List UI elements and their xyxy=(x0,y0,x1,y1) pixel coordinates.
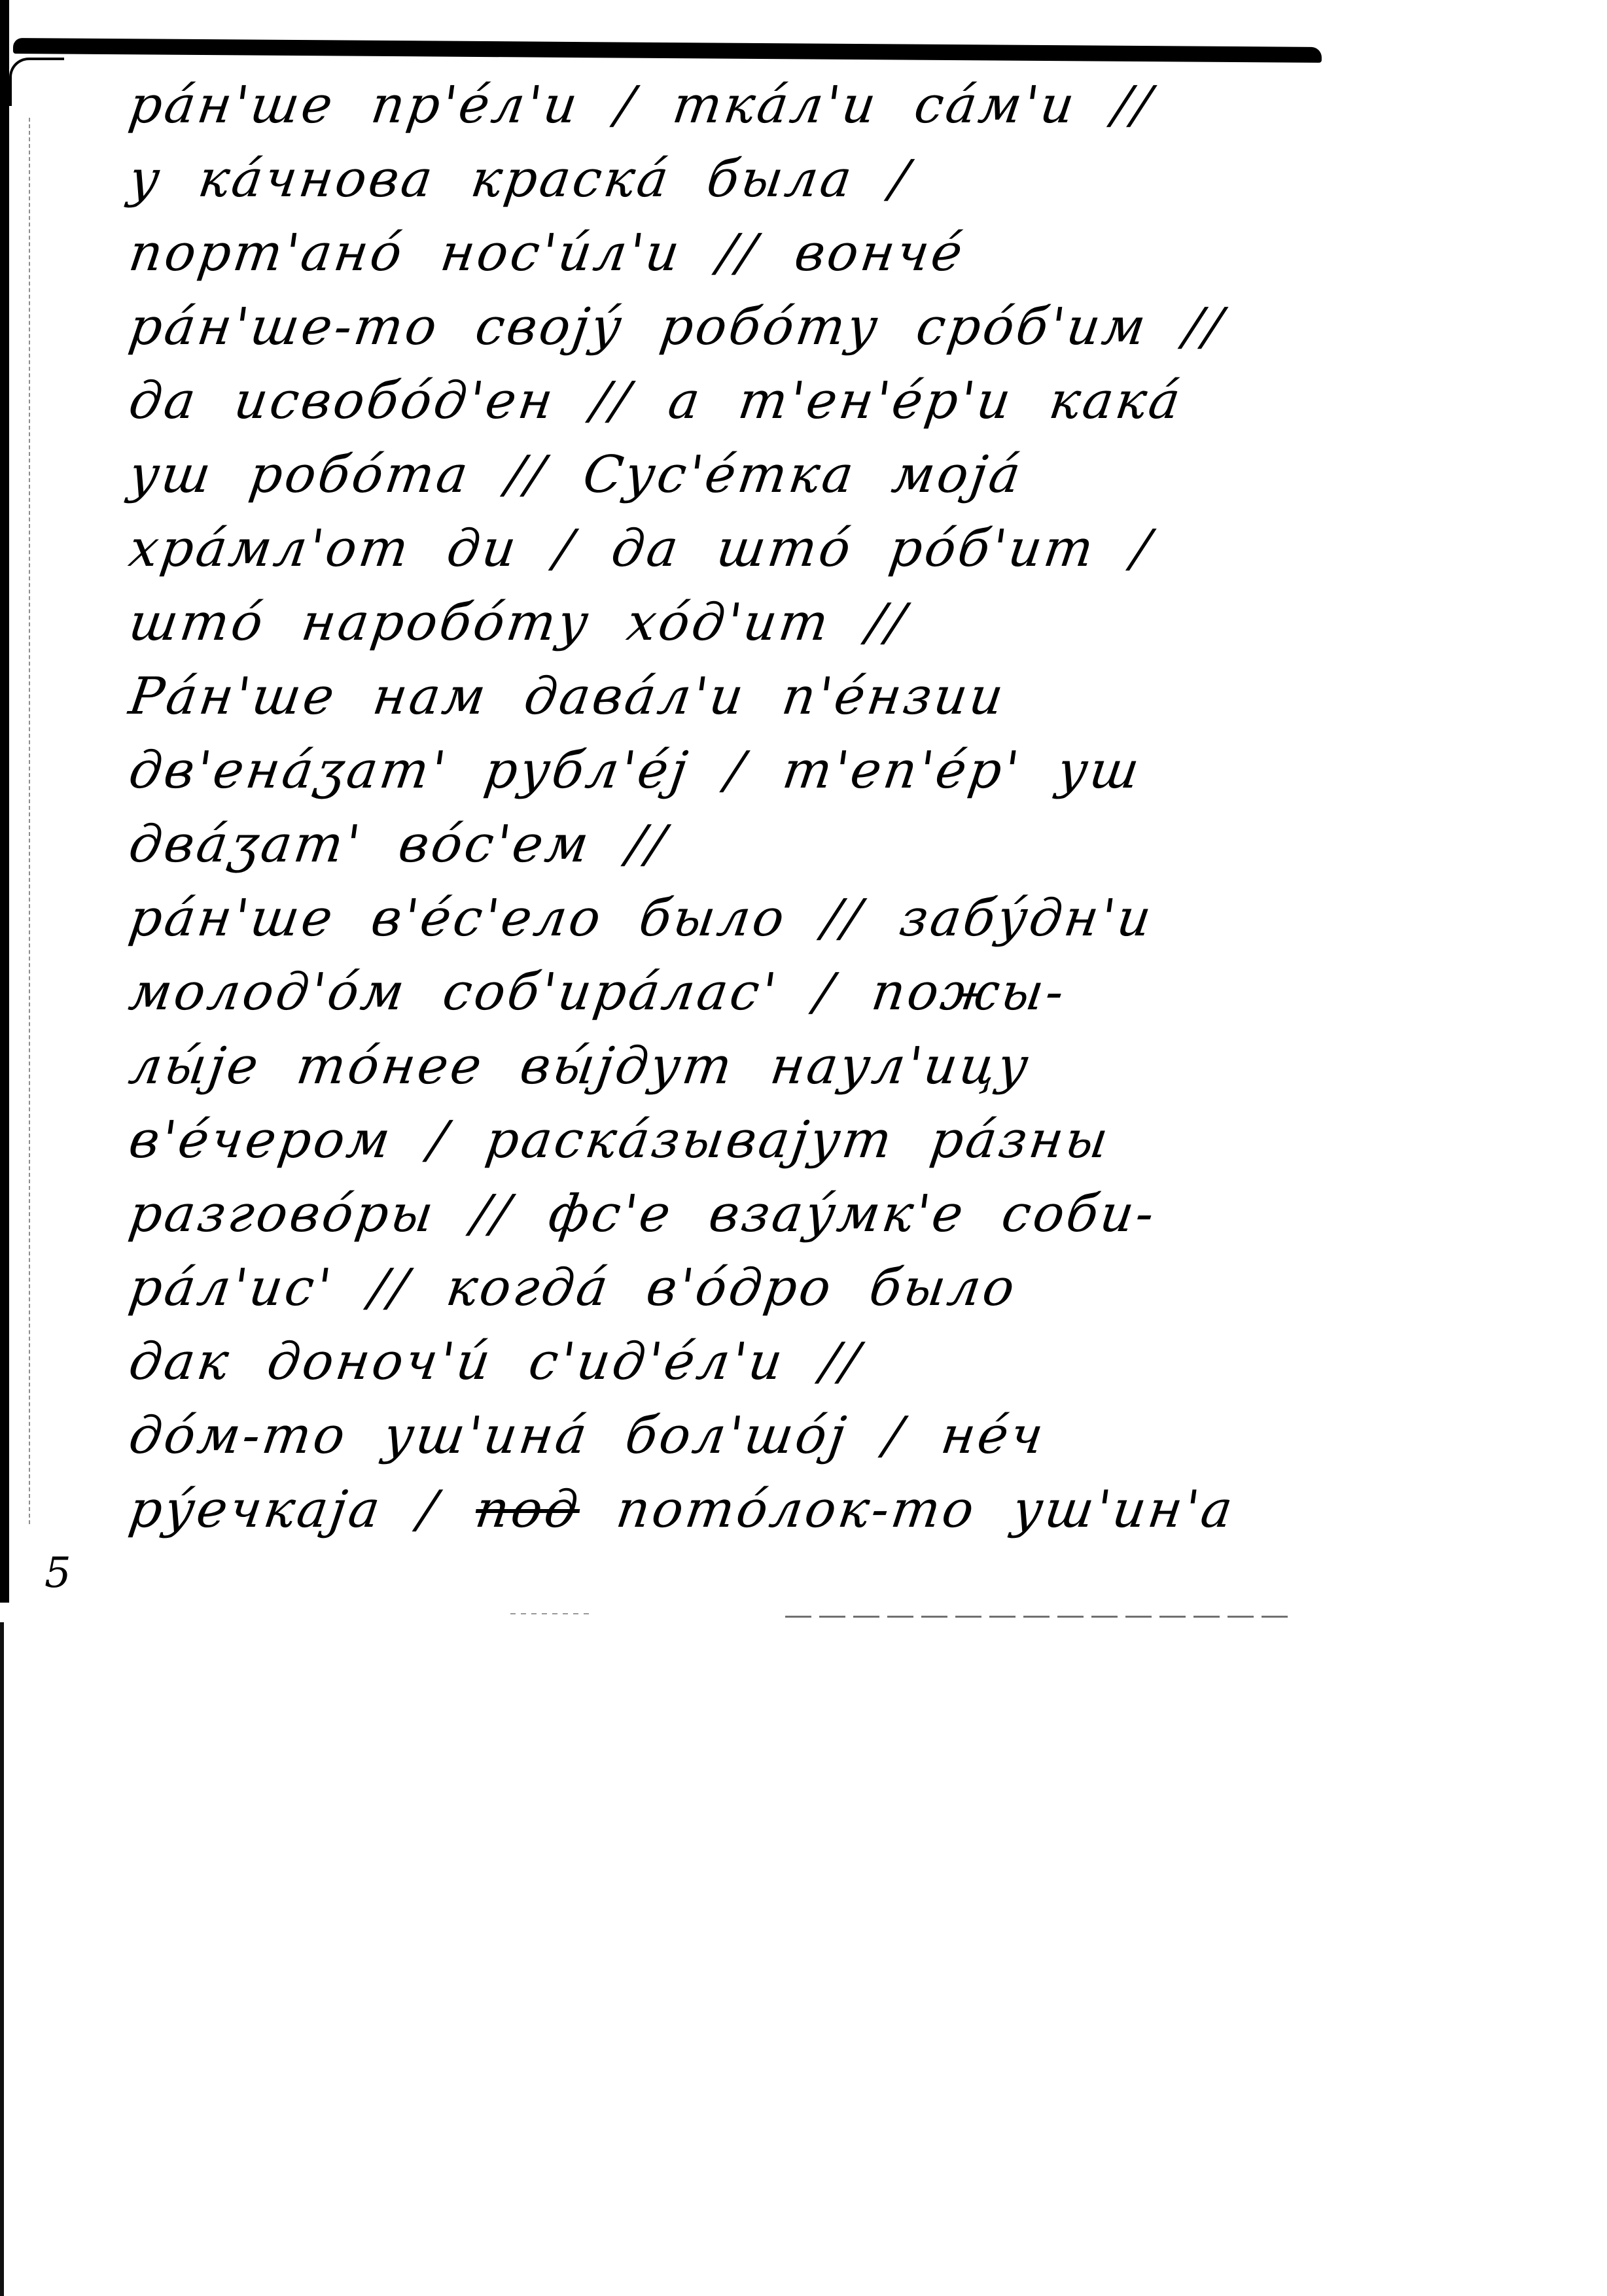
faint-bottom-rule-left xyxy=(510,1613,589,1614)
text-line: два́ӡат' во́с'ем // xyxy=(124,808,1378,882)
text-line: ра́л'ис' // когда́ в'о́дро было xyxy=(124,1251,1378,1325)
text-line: в'е́чером / раска́зывајут ра́зны xyxy=(124,1104,1378,1177)
scan-binding-edge-lower xyxy=(0,1622,4,2296)
handwritten-text-block: ра́н'ше пр'е́л'и / тка́л'и са́м'и // у к… xyxy=(124,69,1368,1547)
text-line: порт'ано́ нос'и́л'и // вонче́ xyxy=(124,217,1378,290)
text-line: разгово́ры // фс'е взау́мк'е соби- xyxy=(124,1177,1378,1251)
struck-through-word: под xyxy=(472,1480,584,1539)
text-line-last: ру́ечкаја / под пото́лок-то уш'ин'а xyxy=(124,1473,1378,1547)
text-line: молод'о́м соб'ира́лас' / пожы- xyxy=(124,956,1378,1030)
text-line: ра́н'ше в'е́с'ело было // забу́дн'и xyxy=(124,882,1378,956)
last-line-start: ру́ечкаја / xyxy=(126,1480,480,1539)
scan-top-border xyxy=(13,38,1322,63)
scan-binding-edge xyxy=(0,0,9,1603)
margin-guide-marks xyxy=(29,118,31,1524)
text-line: што́ наробо́ту хо́д'ит // xyxy=(124,586,1378,660)
text-line: у ка́чнова краска́ была / xyxy=(124,143,1378,217)
text-line: ра́н'ше пр'е́л'и / тка́л'и са́м'и // xyxy=(124,69,1378,143)
margin-line-number: 5 xyxy=(44,1549,71,1597)
text-line: Ра́н'ше нам дава́л'и п'е́нзии xyxy=(124,660,1378,734)
manuscript-page: ра́н'ше пр'е́л'и / тка́л'и са́м'и // у к… xyxy=(0,0,1607,2296)
text-line: до́м-то уш'ина́ бол'шо́ј / не́ч xyxy=(124,1399,1378,1473)
faint-bottom-rule xyxy=(785,1616,1296,1618)
page-corner-curl xyxy=(9,58,64,106)
text-line: дак доноч'и́ с'ид'е́л'и // xyxy=(124,1325,1378,1399)
text-line: уш робо́та // Сус'е́тка моја́ xyxy=(124,438,1378,512)
text-line: хра́мл'от ди / да што́ ро́б'ит / xyxy=(124,512,1378,586)
text-line: да исвобо́д'ен // а т'ен'е́р'и кака́ xyxy=(124,364,1378,438)
text-line: лы́је то́нее вы́јдут наул'ицу xyxy=(124,1030,1378,1104)
last-line-end: пото́лок-то уш'ин'а xyxy=(576,1480,1239,1539)
text-line: ра́н'ше-то своју́ робо́ту сро́б'им // xyxy=(124,290,1378,364)
text-line: дв'ена́ӡат' рубл'е́ј / т'еп'е́р' уш xyxy=(124,734,1378,808)
